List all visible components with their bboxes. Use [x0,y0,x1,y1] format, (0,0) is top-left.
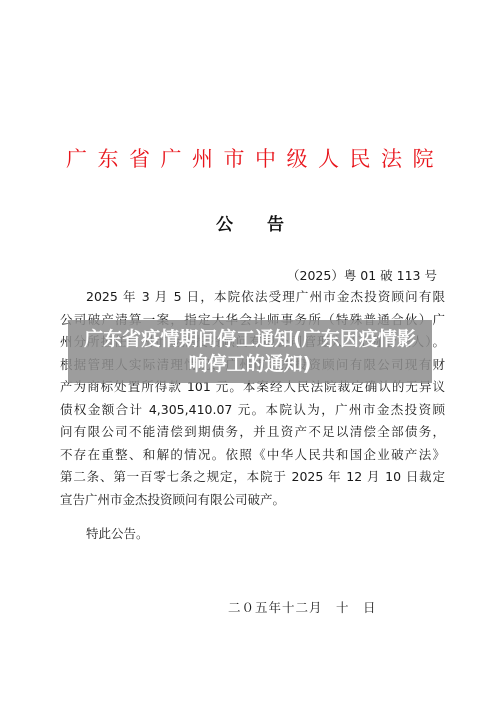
body-line: 问有限公司不能清偿到期债务，并且资产不足以清偿全部债务， [60,421,445,444]
body-line: 债权金额合计 4,305,410.07 元。本院认为，广州市金杰投资顾 [60,399,445,422]
overlay-title: 广东省疫情期间停工通知(广东因疫情影响停工的通知) [80,327,420,377]
court-notice-page: 广东省广州市中级人民法院 公告 （2025）粤 01 破 113 号 2025 … [0,0,500,706]
closing-statement: 特此公告。 [86,524,149,542]
body-line: 第二条、第一百零七条之规定，本院于 2025 年 12 月 10 日裁定 [60,466,445,489]
body-line: 2025 年 3 月 5 日，本院依法受理广州市金杰投资顾问有限 [60,286,445,309]
court-name-header: 广东省广州市中级人民法院 [0,143,500,173]
title-overlay-banner: 广东省疫情期间停工通知(广东因疫情影响停工的通知) [68,320,432,383]
body-line: 不存在重整、和解的情况。依照《中华人民共和国企业破产法》 [60,444,445,467]
body-line: 宣告广州市金杰投资顾问有限公司破产。 [60,489,445,512]
notice-title: 公告 [0,210,500,235]
signature-date: 二０五年十二月 十 日 [228,598,377,616]
case-number: （2025）粤 01 破 113 号 [287,266,437,284]
